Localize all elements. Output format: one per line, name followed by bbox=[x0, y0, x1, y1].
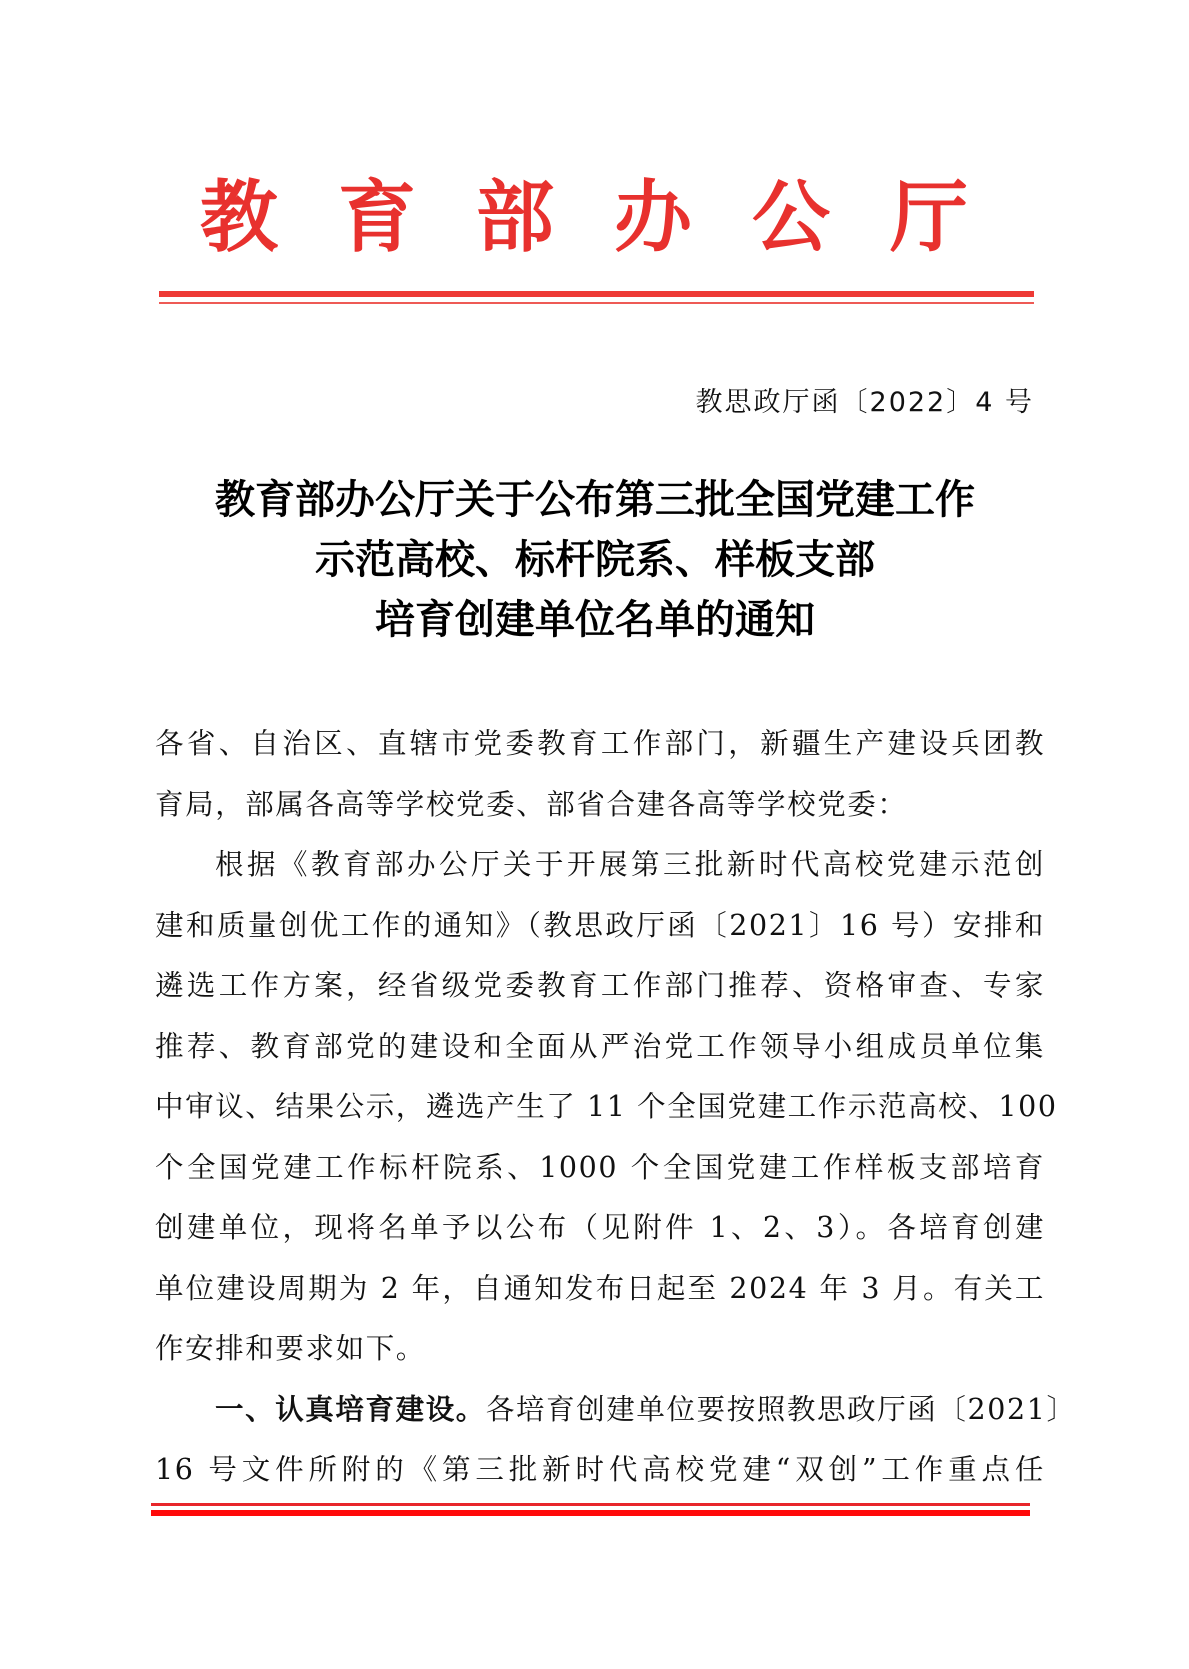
section-1-heading: 一、认真培育建设。 bbox=[215, 1393, 486, 1426]
document-number: 教思政厅函〔2022〕4 号 bbox=[696, 385, 1034, 421]
section-1-first-line: 一、认真培育建设。各培育创建单位要按照教思政厅函〔2021〕 bbox=[155, 1380, 1045, 1441]
masthead-divider-thin bbox=[159, 302, 1034, 304]
paragraph-line: 单位建设周期为 2 年，自通知发布日起至 2024 年 3 月。有关工 bbox=[155, 1259, 1045, 1320]
paragraph-line: 根据《教育部办公厅关于开展第三批新时代高校党建示范创 bbox=[155, 835, 1045, 896]
masthead-char: 公 bbox=[752, 168, 830, 268]
title-line: 培育创建单位名单的通知 bbox=[140, 590, 1050, 650]
title-line: 示范高校、标杆院系、样板支部 bbox=[140, 530, 1050, 590]
footer-divider-thin bbox=[151, 1503, 1030, 1506]
footer-divider-thick bbox=[151, 1510, 1030, 1516]
document-page: 教 育 部 办 公 厅 教思政厅函〔2022〕4 号 教育部办公厅关于公布第三批… bbox=[0, 0, 1189, 1669]
paragraph-line: 推荐、教育部党的建设和全面从严治党工作领导小组成员单位集 bbox=[155, 1017, 1045, 1078]
masthead-char: 部 bbox=[476, 168, 554, 268]
document-title: 教育部办公厅关于公布第三批全国党建工作 示范高校、标杆院系、样板支部 培育创建单… bbox=[140, 470, 1050, 650]
paragraph-line: 中审议、结果公示，遴选产生了 11 个全国党建工作示范高校、100 bbox=[155, 1077, 1045, 1138]
masthead-char: 教 bbox=[200, 168, 278, 268]
paragraph-line: 个全国党建工作标杆院系、1000 个全国党建工作样板支部培育 bbox=[155, 1138, 1045, 1199]
document-body: 各省、自治区、直辖市党委教育工作部门，新疆生产建设兵团教 育局，部属各高等学校党… bbox=[155, 714, 1045, 1501]
paragraph-line: 建和质量创优工作的通知》（教思政厅函〔2021〕16 号）安排和 bbox=[155, 896, 1045, 957]
masthead-char: 办 bbox=[614, 168, 692, 268]
addressee-line: 育局，部属各高等学校党委、部省合建各高等学校党委： bbox=[155, 775, 1045, 836]
masthead-divider-thick bbox=[159, 291, 1034, 297]
section-1-text: 各培育创建单位要按照教思政厅函〔2021〕 bbox=[486, 1393, 1077, 1426]
paragraph-line: 创建单位，现将名单予以公布（见附件 1、2、3）。各培育创建 bbox=[155, 1198, 1045, 1259]
masthead-char: 育 bbox=[338, 168, 416, 268]
paragraph-line: 作安排和要求如下。 bbox=[155, 1319, 1045, 1380]
addressee-line: 各省、自治区、直辖市党委教育工作部门，新疆生产建设兵团教 bbox=[155, 714, 1045, 775]
paragraph-line: 遴选工作方案，经省级党委教育工作部门推荐、资格审查、专家 bbox=[155, 956, 1045, 1017]
masthead-char: 厅 bbox=[890, 168, 968, 268]
paragraph-line: 16 号文件所附的《第三批新时代高校党建“双创”工作重点任 bbox=[155, 1440, 1045, 1501]
title-line: 教育部办公厅关于公布第三批全国党建工作 bbox=[140, 470, 1050, 530]
masthead: 教 育 部 办 公 厅 bbox=[200, 168, 1000, 268]
